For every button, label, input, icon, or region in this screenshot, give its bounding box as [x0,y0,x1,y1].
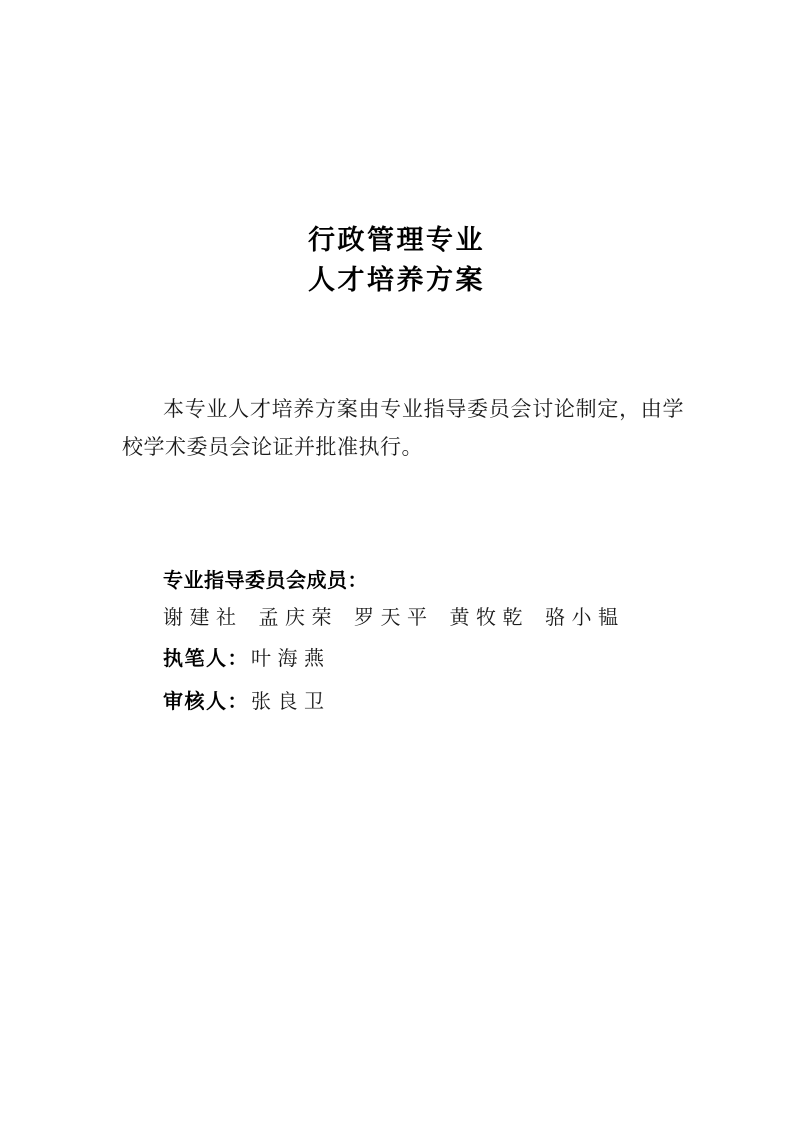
document-title: 行政管理专业 人才培养方案 [0,220,793,300]
writer-row: 执笔人：叶海燕 [163,642,331,671]
writer-name: 叶海燕 [251,648,331,670]
committee-heading: 专业指导委员会成员： [163,564,368,593]
committee-member: 孟庆荣 [259,601,339,630]
reviewer-label: 审核人： [163,691,249,713]
reviewer-row: 审核人：张良卫 [163,685,331,714]
committee-member: 黄牧乾 [450,601,530,630]
reviewer-name: 张良卫 [251,691,331,713]
document-title-line-1: 行政管理专业 [0,220,793,260]
writer-label: 执笔人： [163,648,249,670]
intro-paragraph: 本专业人才培养方案由专业指导委员会讨论制定，由学校学术委员会论证并批准执行。 [122,390,684,466]
committee-members-row: 谢建社 孟庆荣 罗天平 黄牧乾 骆小韫 [163,601,636,630]
document-title-line-2: 人才培养方案 [0,260,793,300]
committee-member: 罗天平 [354,601,434,630]
document-page: 行政管理专业 人才培养方案 本专业人才培养方案由专业指导委员会讨论制定，由学校学… [0,0,793,1122]
committee-member: 谢建社 [163,601,243,630]
committee-member: 骆小韫 [545,601,625,630]
